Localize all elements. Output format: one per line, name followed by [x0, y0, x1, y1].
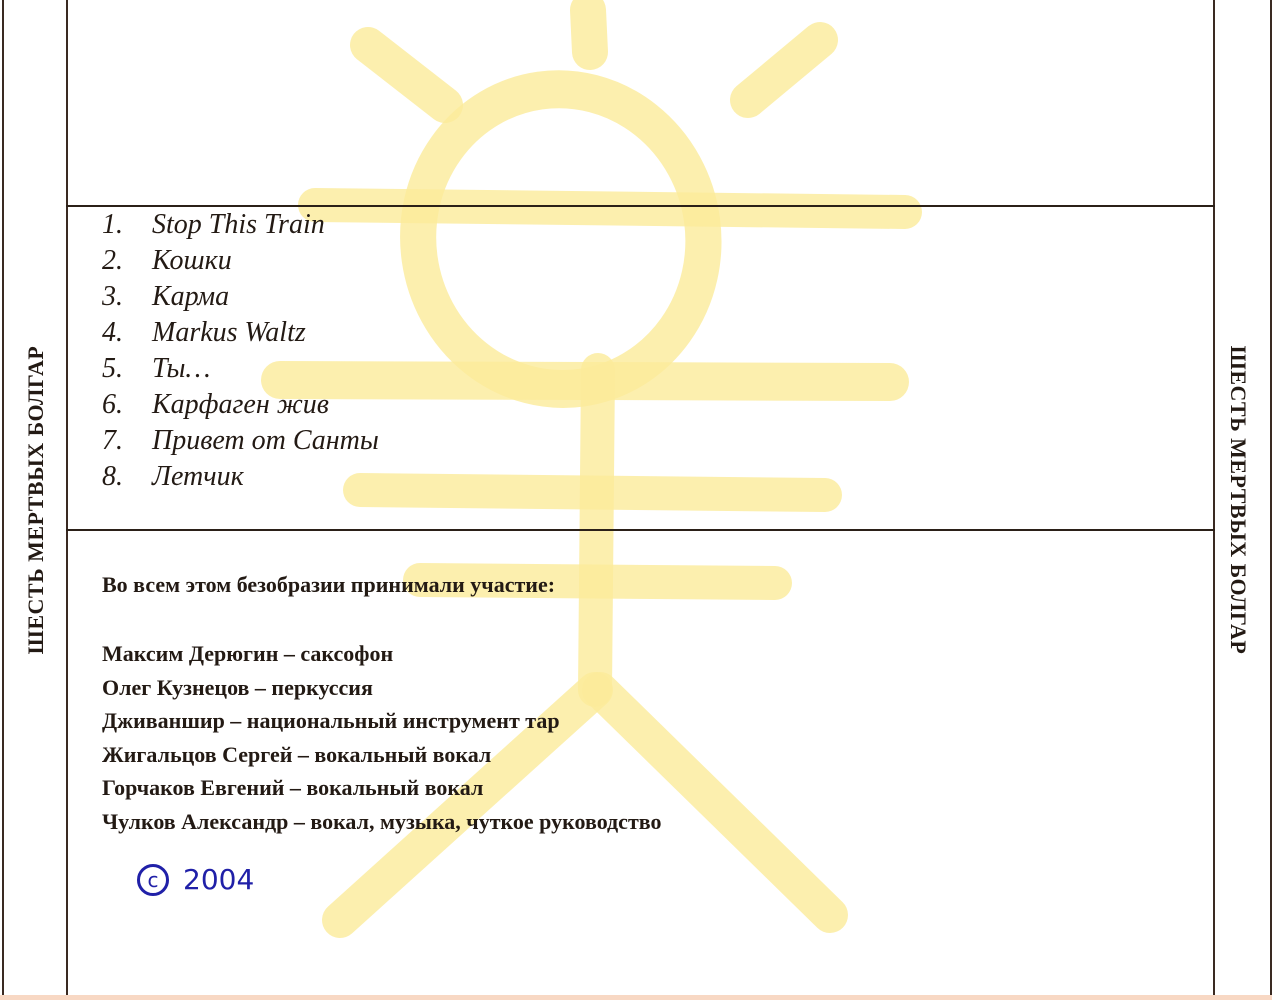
credit-line: Олег Кузнецов – перкуссия [102, 671, 662, 705]
track-title: Привет от Санты [152, 423, 379, 459]
track-number: 3. [102, 279, 152, 315]
tracklist: 1.Stop This Train 2.Кошки 3.Карма 4.Mark… [102, 207, 379, 495]
track-title: Stop This Train [152, 207, 325, 243]
track-number: 4. [102, 315, 152, 351]
tracklist-box-bottom-border [66, 529, 1215, 531]
credit-line: Дживаншир – национальный инструмент тар [102, 704, 662, 738]
credits-section: Во всем этом безобразии принимали участи… [102, 569, 662, 838]
track-title: Карма [152, 279, 229, 315]
right-fold-line-inner [1213, 0, 1215, 995]
spine-title-left: ШЕСТЬ МЕРТВЫХ БОЛГАР [23, 346, 49, 655]
credits-heading: Во всем этом безобразии принимали участи… [102, 569, 662, 601]
track-item: 6.Карфаген жив [102, 387, 379, 423]
track-title: Markus Waltz [152, 315, 306, 351]
copyright-icon: c [137, 864, 169, 896]
spine-title-right: ШЕСТЬ МЕРТВЫХ БОЛГАР [1225, 346, 1251, 655]
highlighter-figure-drawing [0, 0, 1272, 1000]
credit-line: Максим Дерюгин – саксофон [102, 637, 662, 671]
copyright-year: 2004 [183, 863, 254, 896]
track-item: 5.Ты… [102, 351, 379, 387]
left-fold-line-inner [66, 0, 68, 995]
track-item: 4.Markus Waltz [102, 315, 379, 351]
copyright-handwritten: c 2004 [137, 863, 254, 896]
scan-edge [0, 995, 1272, 1000]
track-item: 3.Карма [102, 279, 379, 315]
track-title: Карфаген жив [152, 387, 329, 423]
track-number: 6. [102, 387, 152, 423]
credit-line: Чулков Александр – вокал, музыка, чуткое… [102, 805, 662, 839]
credit-line: Горчаков Евгений – вокальный вокал [102, 771, 662, 805]
track-number: 2. [102, 243, 152, 279]
track-title: Летчик [152, 459, 244, 495]
track-number: 5. [102, 351, 152, 387]
left-fold-line-outer [2, 0, 4, 995]
track-title: Кошки [152, 243, 232, 279]
credit-line: Жигальцов Сергей – вокальный вокал [102, 738, 662, 772]
track-number: 1. [102, 207, 152, 243]
track-item: 8.Летчик [102, 459, 379, 495]
track-item: 1.Stop This Train [102, 207, 379, 243]
track-title: Ты… [152, 351, 210, 387]
track-item: 7.Привет от Санты [102, 423, 379, 459]
track-number: 7. [102, 423, 152, 459]
track-number: 8. [102, 459, 152, 495]
track-item: 2.Кошки [102, 243, 379, 279]
